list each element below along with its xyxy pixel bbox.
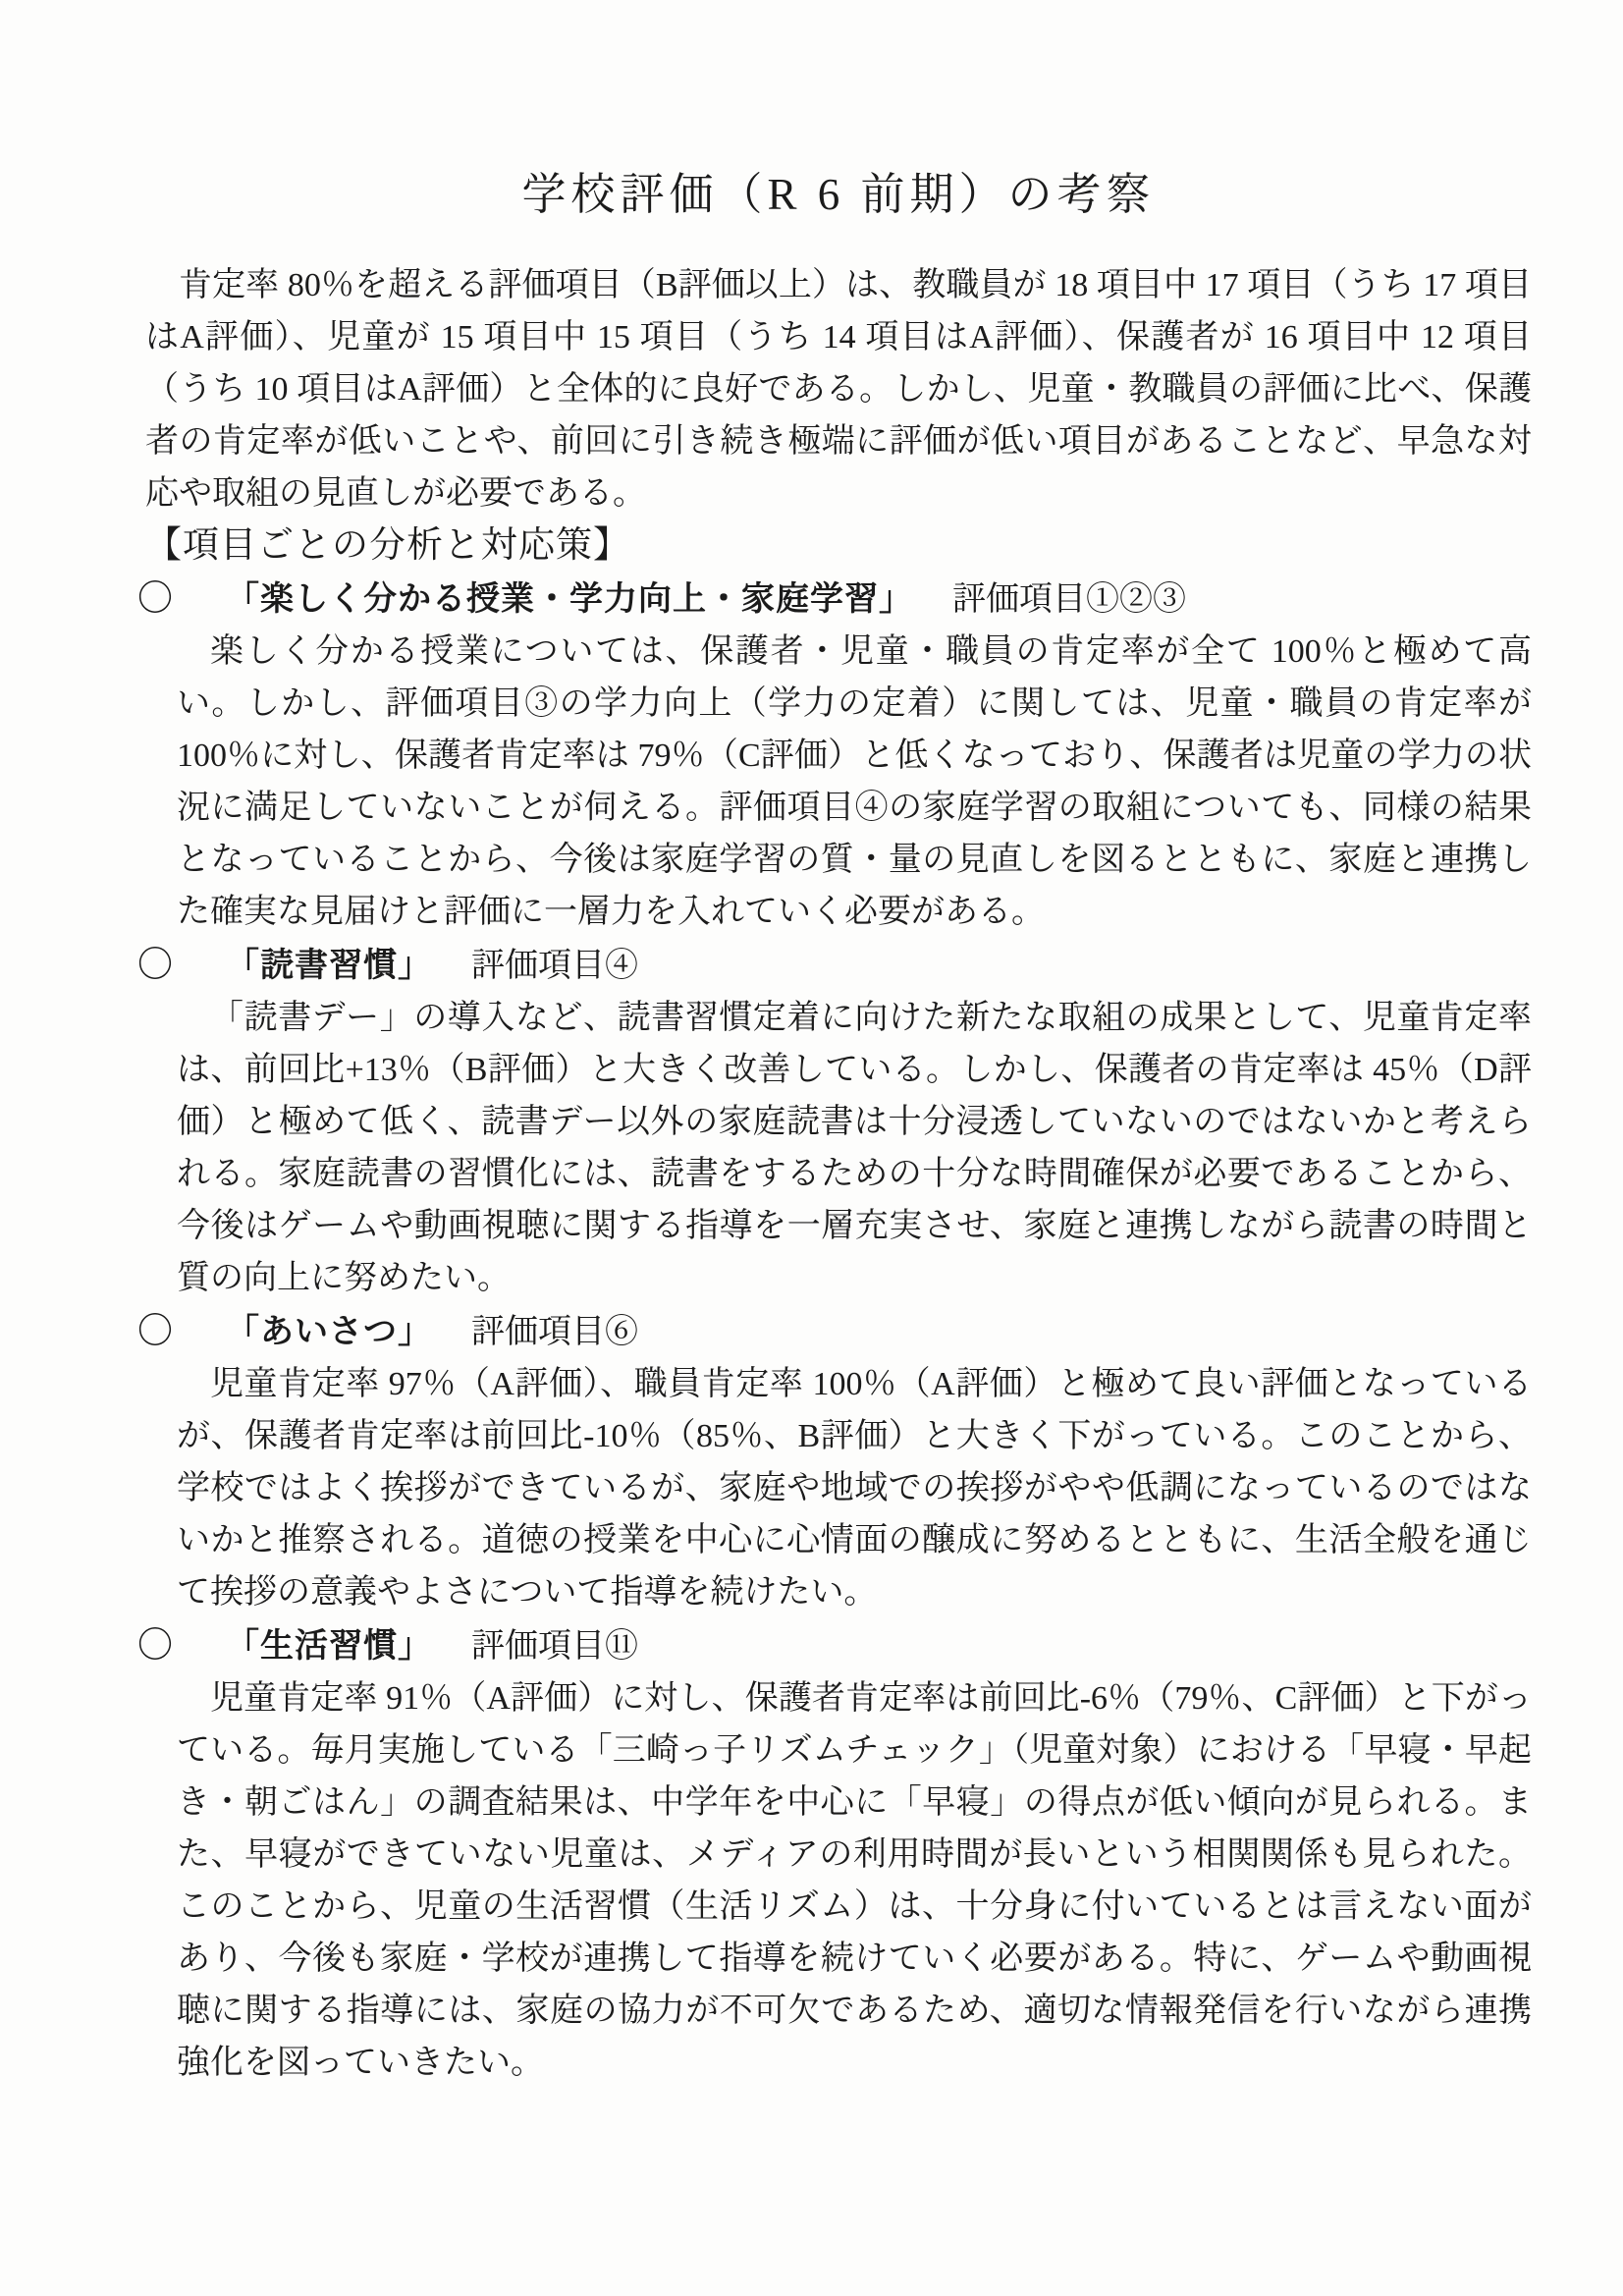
circle-marker-icon: 〇 (137, 572, 226, 624)
circle-marker-icon: 〇 (137, 938, 226, 990)
section-items-label: 評価項目⑪ (471, 1620, 638, 1672)
section-reading-habit: 〇 「読書習慣」 評価項目④ 「読書デー」の導入など、読書習慣定着に向けた新たな… (145, 938, 1532, 1304)
section-greetings: 〇 「あいさつ」 評価項目⑥ 児童肯定率 97％（A評価）、職員肯定率 100％… (145, 1304, 1532, 1618)
page-title: 学校評価（R 6 前期）の考察 (145, 165, 1532, 224)
section-items-label: 評価項目④ (471, 940, 638, 992)
scanned-document-page: 学校評価（R 6 前期）の考察 肯定率 80％を超える評価項目（B評価以上）は、… (0, 0, 1623, 2296)
section-heading: 〇 「読書習慣」 評価項目④ (137, 938, 1532, 992)
section-body: 児童肯定率 91％（A評価）に対し、保護者肯定率は前回比-6％（79％、C評価）… (177, 1672, 1532, 2089)
section-items-label: 評価項目①②③ (952, 574, 1186, 626)
section-title: 「あいさつ」 (226, 1306, 432, 1358)
analysis-section-header: 【項目ごとの分析と対応策】 (145, 519, 1532, 572)
section-heading: 〇 「あいさつ」 評価項目⑥ (137, 1304, 1532, 1358)
section-body: 楽しく分かる授業については、保護者・児童・職員の肯定率が全て 100％と極めて高… (177, 626, 1532, 938)
section-body: 「読書デー」の導入など、読書習慣定着に向けた新たな取組の成果として、児童肯定率は… (177, 992, 1532, 1304)
section-items-label: 評価項目⑥ (471, 1306, 638, 1358)
section-heading: 〇 「生活習慣」 評価項目⑪ (137, 1618, 1532, 1672)
circle-marker-icon: 〇 (137, 1618, 226, 1670)
section-lifestyle-habits: 〇 「生活習慣」 評価項目⑪ 児童肯定率 91％（A評価）に対し、保護者肯定率は… (145, 1618, 1532, 2089)
section-title: 「読書習慣」 (226, 940, 432, 992)
section-title: 「生活習慣」 (226, 1620, 432, 1672)
section-title: 「楽しく分かる授業・学力向上・家庭学習」 (226, 574, 913, 626)
section-heading: 〇 「楽しく分かる授業・学力向上・家庭学習」 評価項目①②③ (137, 572, 1532, 626)
section-body: 児童肯定率 97％（A評価）、職員肯定率 100％（A評価）と極めて良い評価とな… (177, 1358, 1532, 1618)
circle-marker-icon: 〇 (137, 1304, 226, 1356)
intro-paragraph: 肯定率 80％を超える評価項目（B評価以上）は、教職員が 18 項目中 17 項… (145, 259, 1532, 519)
section-fun-lessons: 〇 「楽しく分かる授業・学力向上・家庭学習」 評価項目①②③ 楽しく分かる授業に… (145, 572, 1532, 938)
